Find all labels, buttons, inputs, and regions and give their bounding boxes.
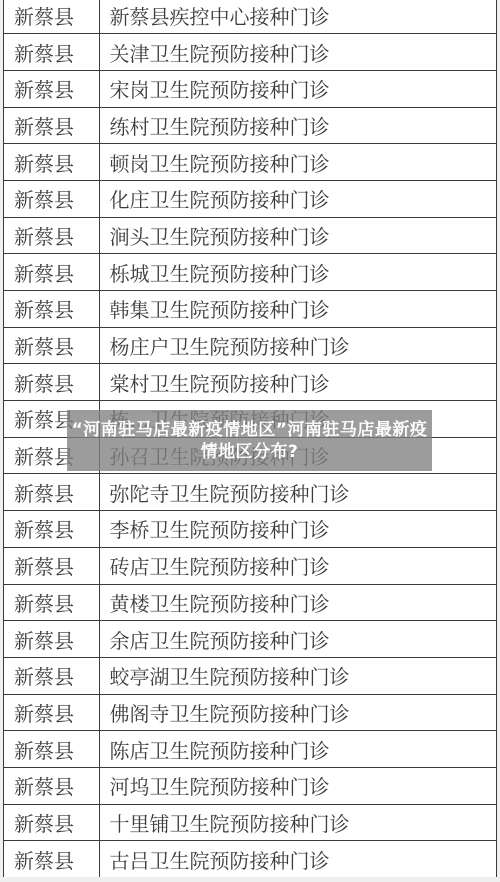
county-cell: 新蔡县: [4, 327, 99, 364]
county-cell: 新蔡县: [4, 291, 99, 328]
table-row: 新蔡县韩集卫生院预防接种门诊: [4, 291, 496, 328]
table-row: 新蔡县关津卫生院预防接种门诊: [4, 34, 496, 71]
clinic-name-cell: 佛阁寺卫生院预防接种门诊: [99, 694, 496, 731]
clinic-name-cell: 十里铺卫生院预防接种门诊: [99, 804, 496, 841]
county-cell: 新蔡县: [4, 731, 99, 768]
table-row: 新蔡县弥陀寺卫生院预防接种门诊: [4, 474, 496, 511]
county-cell: 新蔡县: [4, 584, 99, 621]
county-cell: 新蔡县: [4, 547, 99, 584]
clinic-name-cell: 化庄卫生院预防接种门诊: [99, 180, 496, 217]
county-cell: 新蔡县: [4, 254, 99, 291]
table-row: 新蔡县新蔡县疾控中心接种门诊: [4, 0, 496, 34]
clinic-name-cell: 李桥卫生院预防接种门诊: [99, 511, 496, 548]
county-cell: 新蔡县: [4, 107, 99, 144]
clinic-name-cell: 关津卫生院预防接种门诊: [99, 34, 496, 71]
table-row: 新蔡县十里铺卫生院预防接种门诊: [4, 804, 496, 841]
county-cell: 新蔡县: [4, 511, 99, 548]
table-row: 新蔡县顿岗卫生院预防接种门诊: [4, 144, 496, 181]
clinic-name-cell: 棠村卫生院预防接种门诊: [99, 364, 496, 401]
county-cell: 新蔡县: [4, 217, 99, 254]
table-row: 新蔡县涧头卫生院预防接种门诊: [4, 217, 496, 254]
clinic-name-cell: 韩集卫生院预防接种门诊: [99, 291, 496, 328]
county-cell: 新蔡县: [4, 34, 99, 71]
clinic-name-cell: 涧头卫生院预防接种门诊: [99, 217, 496, 254]
county-cell: 新蔡县: [4, 70, 99, 107]
clinic-name-cell: 河坞卫生院预防接种门诊: [99, 767, 496, 804]
table-row: 新蔡县砖店卫生院预防接种门诊: [4, 547, 496, 584]
clinic-name-cell: 砖店卫生院预防接种门诊: [99, 547, 496, 584]
table-row: 新蔡县杨庄户卫生院预防接种门诊: [4, 327, 496, 364]
document-page: 新蔡县新蔡县疾控中心接种门诊新蔡县关津卫生院预防接种门诊新蔡县宋岗卫生院预防接种…: [0, 0, 500, 882]
county-cell: 新蔡县: [4, 474, 99, 511]
clinic-name-cell: 古吕卫生院预防接种门诊: [99, 841, 496, 877]
county-cell: 新蔡县: [4, 621, 99, 658]
table-row: 新蔡县古吕卫生院预防接种门诊: [4, 841, 496, 877]
clinic-name-cell: 陈店卫生院预防接种门诊: [99, 731, 496, 768]
table-row: 新蔡县李桥卫生院预防接种门诊: [4, 511, 496, 548]
clinic-name-cell: 宋岗卫生院预防接种门诊: [99, 70, 496, 107]
clinic-name-cell: 新蔡县疾控中心接种门诊: [99, 0, 496, 34]
county-cell: 新蔡县: [4, 841, 99, 877]
table-row: 新蔡县河坞卫生院预防接种门诊: [4, 767, 496, 804]
county-cell: 新蔡县: [4, 767, 99, 804]
county-cell: 新蔡县: [4, 694, 99, 731]
table-row: 新蔡县化庄卫生院预防接种门诊: [4, 180, 496, 217]
county-cell: 新蔡县: [4, 364, 99, 401]
bottom-margin: [0, 877, 500, 882]
clinic-name-cell: 弥陀寺卫生院预防接种门诊: [99, 474, 496, 511]
county-cell: 新蔡县: [4, 144, 99, 181]
clinic-name-cell: 黄楼卫生院预防接种门诊: [99, 584, 496, 621]
table-row: 新蔡县佛阁寺卫生院预防接种门诊: [4, 694, 496, 731]
table-row: 新蔡县黄楼卫生院预防接种门诊: [4, 584, 496, 621]
clinic-name-cell: 杨庄户卫生院预防接种门诊: [99, 327, 496, 364]
county-cell: 新蔡县: [4, 180, 99, 217]
table-row: 新蔡县宋岗卫生院预防接种门诊: [4, 70, 496, 107]
table-row: 新蔡县蛟亭湖卫生院预防接种门诊: [4, 657, 496, 694]
clinic-name-cell: 蛟亭湖卫生院预防接种门诊: [99, 657, 496, 694]
county-cell: 新蔡县: [4, 804, 99, 841]
county-cell: 新蔡县: [4, 657, 99, 694]
table-row: 新蔡县练村卫生院预防接种门诊: [4, 107, 496, 144]
title-overlay-banner: “河南驻马店最新疫情地区”河南驻马店最新疫情地区分布?: [67, 410, 432, 471]
clinic-name-cell: 余店卫生院预防接种门诊: [99, 621, 496, 658]
county-cell: 新蔡县: [4, 0, 99, 34]
table-row: 新蔡县栎城卫生院预防接种门诊: [4, 254, 496, 291]
table-row: 新蔡县棠村卫生院预防接种门诊: [4, 364, 496, 401]
clinic-name-cell: 顿岗卫生院预防接种门诊: [99, 144, 496, 181]
overlay-caption: “河南驻马店最新疫情地区”河南驻马店最新疫情地区分布?: [67, 419, 432, 463]
clinic-name-cell: 栎城卫生院预防接种门诊: [99, 254, 496, 291]
clinic-name-cell: 练村卫生院预防接种门诊: [99, 107, 496, 144]
table-row: 新蔡县陈店卫生院预防接种门诊: [4, 731, 496, 768]
table-row: 新蔡县余店卫生院预防接种门诊: [4, 621, 496, 658]
